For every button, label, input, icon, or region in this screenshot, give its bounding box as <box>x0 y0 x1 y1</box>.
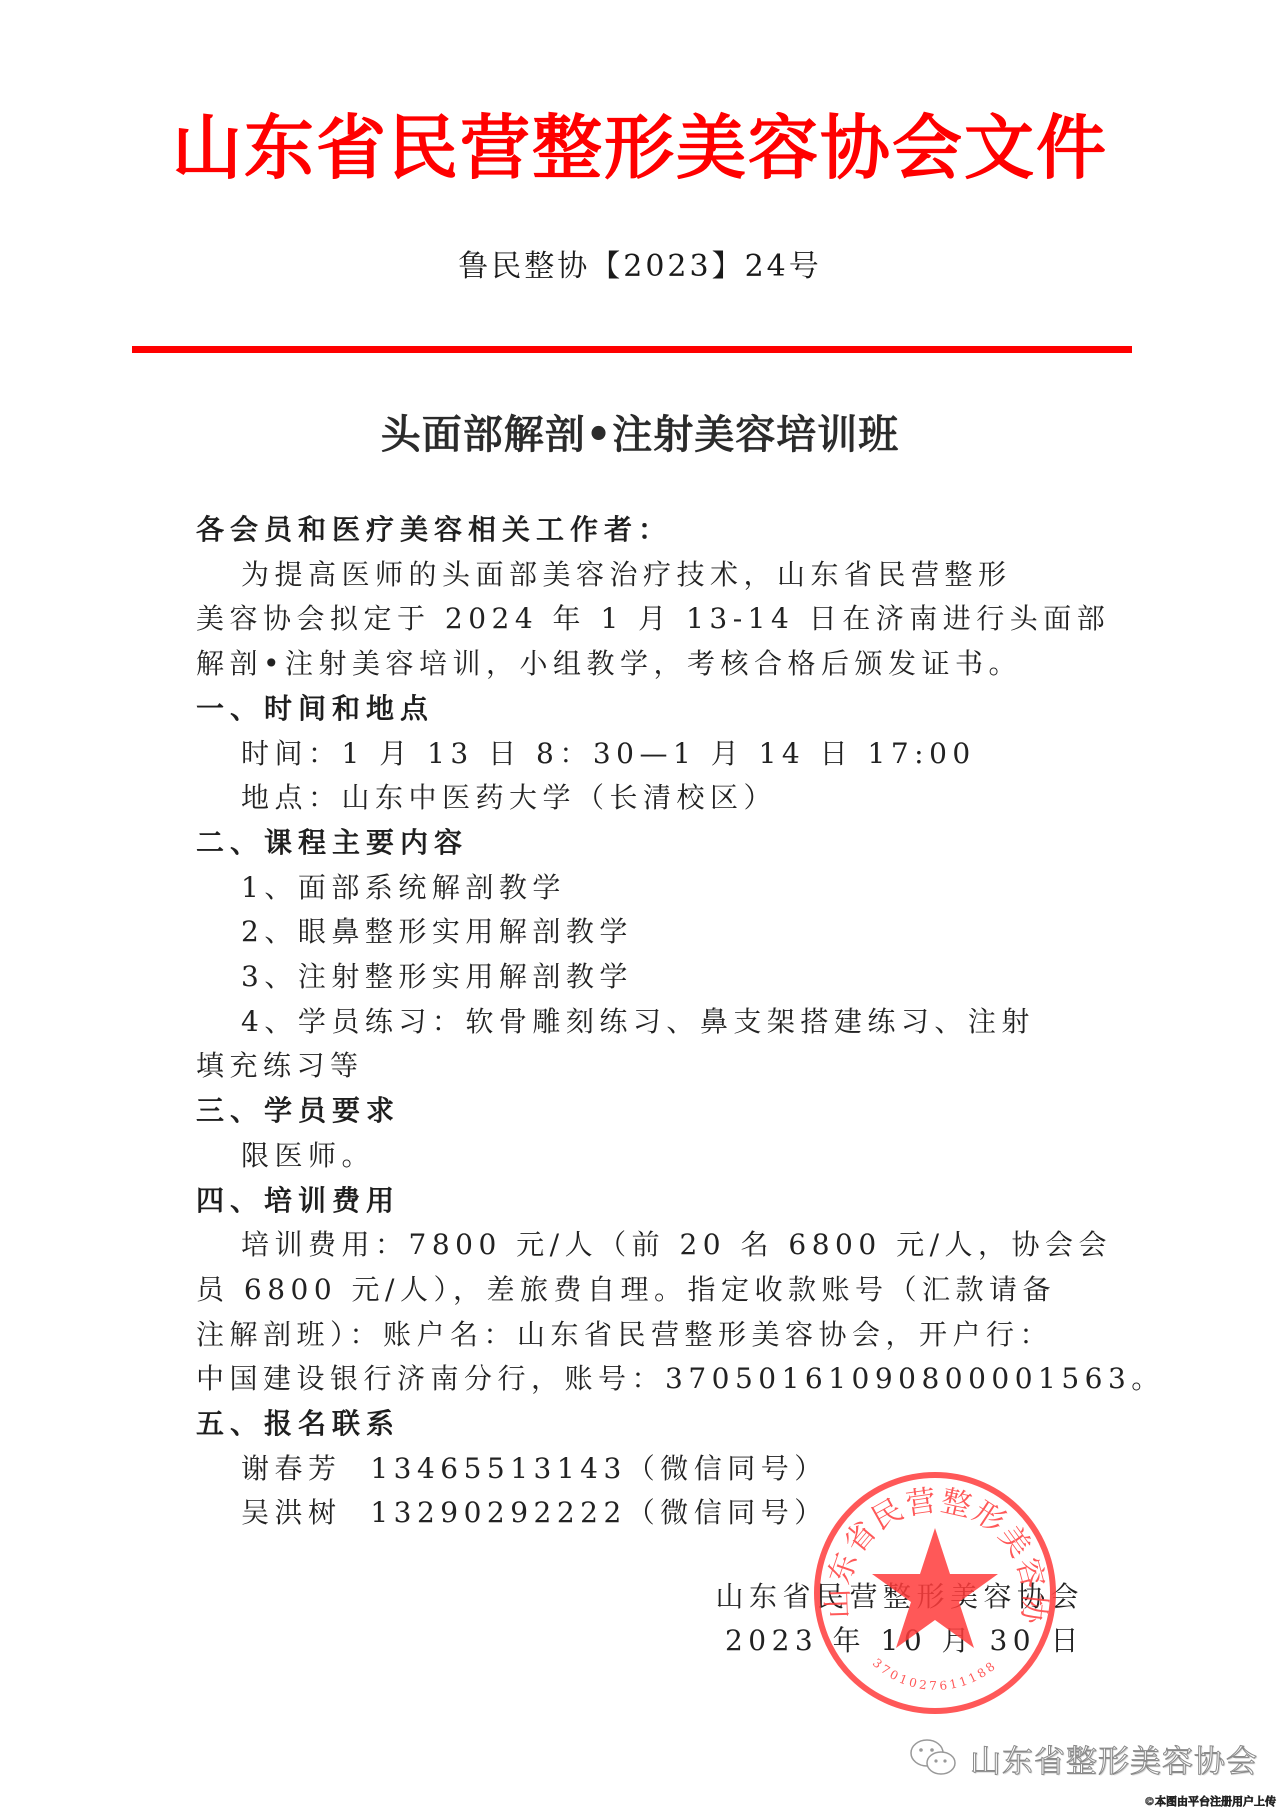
section-heading-contact: 五、报名联系 <box>196 1402 1086 1447</box>
section-heading-requirements: 三、学员要求 <box>196 1089 1086 1134</box>
wechat-icon <box>908 1736 960 1780</box>
footer-brand-text: 山东省整形美容协会 <box>970 1736 1258 1781</box>
document-body: 各会员和医疗美容相关工作者： 为提高医师的头面部美容治疗技术，山东省民营整形 美… <box>196 508 1086 1536</box>
fee-line: 员 6800 元/人），差旅费自理。指定收款账号（汇款请备 <box>196 1268 1086 1313</box>
fee-line: 培训费用：7800 元/人（前 20 名 6800 元/人，协会会 <box>196 1223 1086 1268</box>
footer-brand: 山东省整形美容协会 <box>908 1735 1258 1781</box>
course-item: 3、注射整形实用解剖教学 <box>196 955 1086 1000</box>
contact-phone: 13290292222 <box>370 1496 626 1529</box>
contact-note: （微信同号） <box>627 1452 828 1485</box>
contact-phone: 13465513143 <box>370 1452 626 1485</box>
contact-name: 吴洪树 <box>241 1496 342 1529</box>
intro-line: 解剖•注射美容培训，小组教学，考核合格后颁发证书。 <box>196 642 1086 687</box>
official-seal-stamp: 山东省民营整形美容协会 3701027611188 <box>810 1468 1060 1718</box>
star-icon <box>872 1528 998 1648</box>
place-line: 地点：山东中医药大学（长清校区） <box>196 776 1086 821</box>
section-heading-course: 二、课程主要内容 <box>196 821 1086 866</box>
copyright-notice: ©本图由平台注册用户上传 <box>1144 1793 1276 1809</box>
document-header-title: 山东省民营整形美容协会文件 <box>0 98 1280 198</box>
notice-title: 头面部解剖•注射美容培训班 <box>0 405 1280 465</box>
fee-line: 中国建设银行济南分行，账号：37050161090800001563。 <box>196 1357 1086 1402</box>
time-line: 时间：1 月 13 日 8：30—1 月 14 日 17:00 <box>196 732 1086 777</box>
seal-serial: 3701027611188 <box>870 1656 1000 1693</box>
course-item-continued: 填充练习等 <box>196 1044 1086 1089</box>
contact-note: （微信同号） <box>627 1496 828 1529</box>
fee-line: 注解剖班）：账户名：山东省民营整形美容协会，开户行： <box>196 1313 1086 1358</box>
requirement-line: 限医师。 <box>196 1134 1086 1179</box>
intro-line: 为提高医师的头面部美容治疗技术，山东省民营整形 <box>196 553 1086 598</box>
salutation: 各会员和医疗美容相关工作者： <box>196 508 1086 553</box>
section-heading-fees: 四、培训费用 <box>196 1179 1086 1224</box>
contact-name: 谢春芳 <box>241 1452 342 1485</box>
red-divider <box>132 346 1132 353</box>
course-item: 1、面部系统解剖教学 <box>196 866 1086 911</box>
course-item: 4、学员练习：软骨雕刻练习、鼻支架搭建练习、注射 <box>196 1000 1086 1045</box>
section-heading-time-place: 一、时间和地点 <box>196 687 1086 732</box>
svg-text:3701027611188: 3701027611188 <box>870 1656 1000 1693</box>
intro-line: 美容协会拟定于 2024 年 1 月 13-14 日在济南进行头面部 <box>196 597 1086 642</box>
course-item: 2、眼鼻整形实用解剖教学 <box>196 910 1086 955</box>
document-number: 鲁民整协【2023】24号 <box>0 245 1280 289</box>
